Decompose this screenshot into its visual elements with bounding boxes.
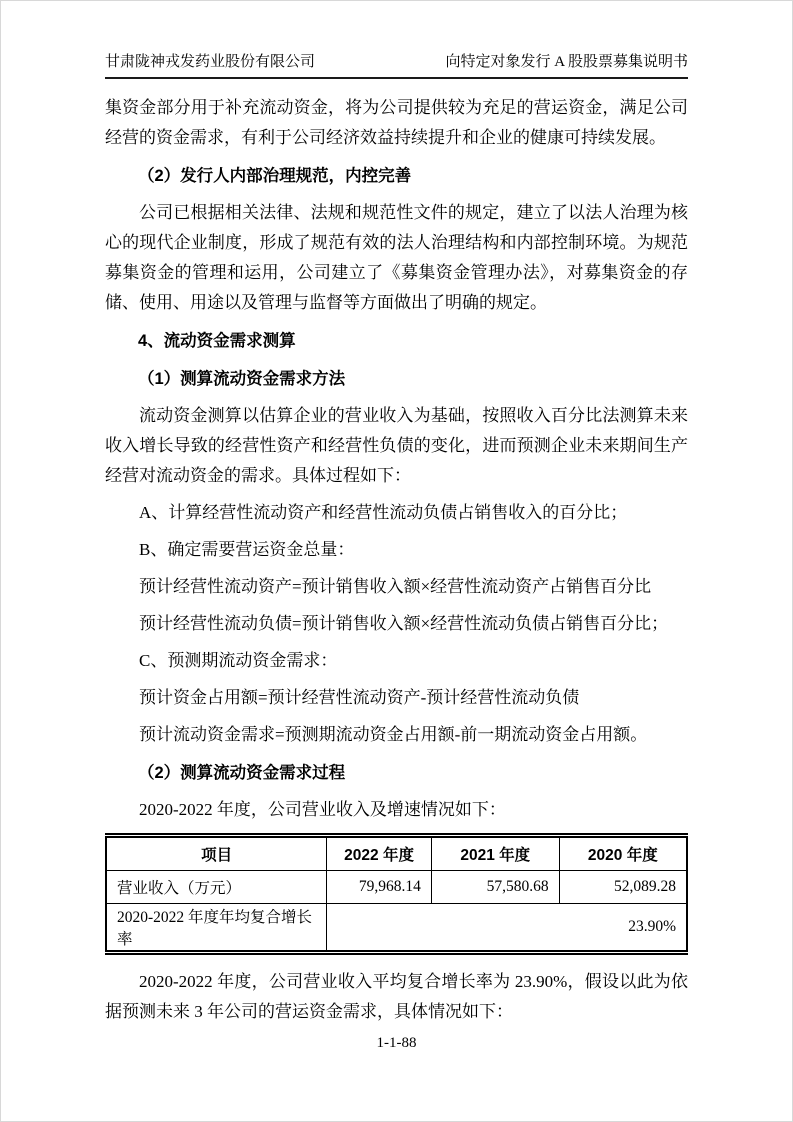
cell-revenue-2022: 79,968.14	[327, 871, 432, 904]
para-table-intro: 2020-2022 年度，公司营业收入及增速情况如下：	[105, 795, 688, 825]
list-item-c: C、预测期流动资金需求：	[105, 646, 688, 676]
page-header: 甘肃陇神戎发药业股份有限公司 向特定对象发行 A 股股票募集说明书	[105, 50, 688, 79]
col-header-2020: 2020 年度	[559, 836, 687, 871]
table-header-row: 项目 2022 年度 2021 年度 2020 年度	[106, 836, 687, 871]
header-doc-title: 向特定对象发行 A 股股票募集说明书	[445, 50, 688, 71]
heading-calculation-process: （2）测算流动资金需求过程	[105, 758, 688, 788]
document-body: 集资金部分用于补充流动资金，将为公司提供较为充足的营运资金，满足公司经营的资金需…	[105, 93, 688, 1027]
formula-operating-liabilities: 预计经营性流动负债=预计销售收入额×经营性流动负债占销售百分比；	[105, 609, 688, 639]
table-row-revenue: 营业收入（万元） 79,968.14 57,580.68 52,089.28	[106, 871, 687, 904]
col-header-item: 项目	[106, 836, 327, 871]
col-header-2021: 2021 年度	[431, 836, 559, 871]
page-content: 甘肃陇神戎发药业股份有限公司 向特定对象发行 A 股股票募集说明书 集资金部分用…	[105, 50, 688, 1034]
col-header-2022: 2022 年度	[327, 836, 432, 871]
header-company-name: 甘肃陇神戎发药业股份有限公司	[105, 50, 315, 71]
heading-internal-governance: （2）发行人内部治理规范，内控完善	[105, 161, 688, 191]
cell-cagr-value: 23.90%	[327, 904, 687, 953]
formula-working-capital-demand: 预计流动资金需求=预测期流动资金占用额-前一期流动资金占用额。	[105, 720, 688, 750]
cell-revenue-2021: 57,580.68	[431, 871, 559, 904]
list-item-a: A、计算经营性流动资产和经营性流动负债占销售收入的百分比；	[105, 498, 688, 528]
list-item-b: B、确定需要营运资金总量：	[105, 535, 688, 565]
para-governance: 公司已根据相关法律、法规和规范性文件的规定，建立了以法人治理为核心的现代企业制度…	[105, 198, 688, 318]
heading-calculation-method: （1）测算流动资金需求方法	[105, 364, 688, 394]
formula-operating-assets: 预计经营性流动资产=预计销售收入额×经营性流动资产占销售百分比	[105, 572, 688, 602]
page-number: 1-1-88	[0, 1035, 793, 1052]
cell-revenue-label: 营业收入（万元）	[106, 871, 327, 904]
document-page: 甘肃陇神戎发药业股份有限公司 向特定对象发行 A 股股票募集说明书 集资金部分用…	[0, 0, 793, 1122]
para-conclusion: 2020-2022 年度，公司营业收入平均复合增长率为 23.90%，假设以此为…	[105, 967, 688, 1027]
table-row-cagr: 2020-2022 年度年均复合增长率 23.90%	[106, 904, 687, 953]
cell-revenue-2020: 52,089.28	[559, 871, 687, 904]
formula-capital-occupation: 预计资金占用额=预计经营性流动资产-预计经营性流动负债	[105, 683, 688, 713]
revenue-growth-table: 项目 2022 年度 2021 年度 2020 年度 营业收入（万元） 79,9…	[105, 833, 688, 955]
para-method: 流动资金测算以估算企业的营业收入为基础，按照收入百分比法测算未来收入增长导致的经…	[105, 401, 688, 491]
cell-cagr-label: 2020-2022 年度年均复合增长率	[106, 904, 327, 953]
heading-working-capital-section: 4、流动资金需求测算	[105, 326, 688, 356]
para-raised-funds-continuation: 集资金部分用于补充流动资金，将为公司提供较为充足的营运资金，满足公司经营的资金需…	[105, 93, 688, 153]
